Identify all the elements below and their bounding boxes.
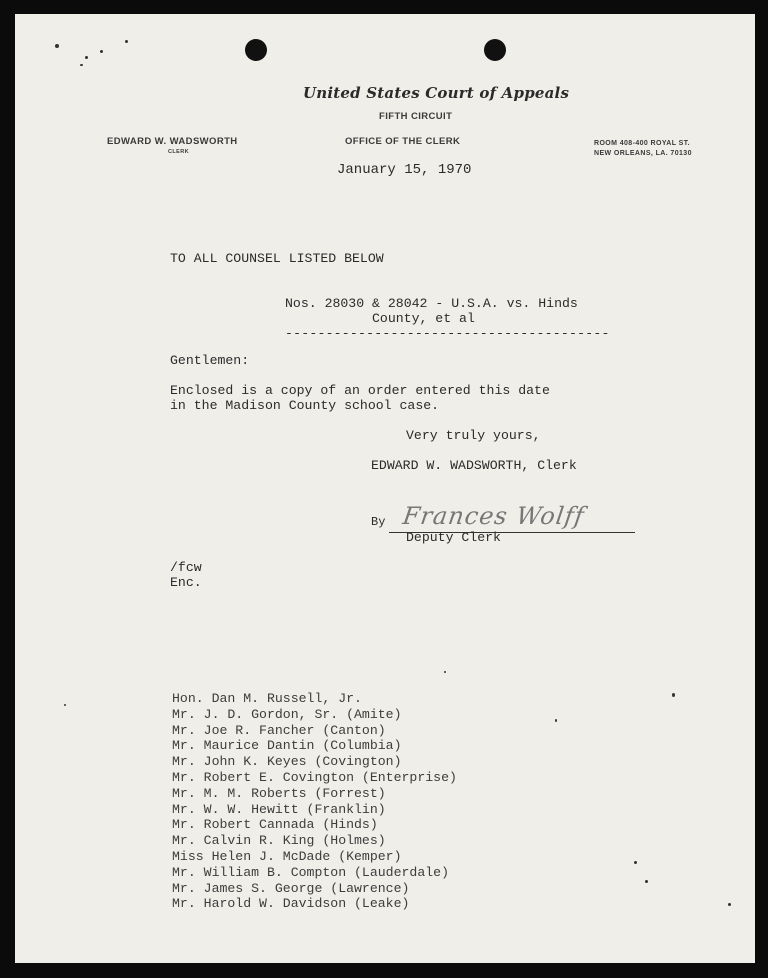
counsel-list-item: Mr. W. W. Hewitt (Franklin) xyxy=(172,802,457,818)
letter-page: United States Court of Appeals FIFTH CIR… xyxy=(15,14,755,963)
ink-speck xyxy=(728,903,731,906)
address-line-2: NEW ORLEANS, LA. 70130 xyxy=(594,150,692,157)
signature-title: Deputy Clerk xyxy=(406,530,501,546)
office-name: OFFICE OF THE CLERK xyxy=(345,136,460,147)
address-line-1: ROOM 408-400 ROYAL ST. xyxy=(594,140,690,147)
ink-speck xyxy=(64,704,66,706)
case-reference-rule: ---------------------------------------- xyxy=(285,326,610,342)
counsel-list-item: Mr. J. D. Gordon, Sr. (Amite) xyxy=(172,707,457,723)
court-name: United States Court of Appeals xyxy=(303,84,569,102)
handwritten-signature: Frances Wolff xyxy=(401,502,586,530)
ink-speck xyxy=(672,693,675,697)
counsel-list-item: Mr. M. M. Roberts (Forrest) xyxy=(172,786,457,802)
by-label: By xyxy=(371,515,385,531)
ink-speck xyxy=(645,880,648,883)
case-reference-line-2: County, et al xyxy=(372,311,475,327)
enclosure-note: Enc. xyxy=(170,575,202,591)
counsel-list-item: Mr. Maurice Dantin (Columbia) xyxy=(172,738,457,754)
ink-speck xyxy=(125,40,128,43)
counsel-list-item: Mr. Calvin R. King (Holmes) xyxy=(172,833,457,849)
clerk-title: CLERK xyxy=(168,149,189,155)
body-line-2: in the Madison County school case. xyxy=(170,398,439,414)
clerk-name: EDWARD W. WADSWORTH xyxy=(107,136,238,147)
case-reference-line-1: Nos. 28030 & 28042 - U.S.A. vs. Hinds xyxy=(285,296,578,312)
signer-name: EDWARD W. WADSWORTH, Clerk xyxy=(371,458,577,474)
ink-speck xyxy=(444,671,446,673)
ink-speck xyxy=(55,44,59,48)
counsel-list-item: Mr. Joe R. Fancher (Canton) xyxy=(172,723,457,739)
letter-date: January 15, 1970 xyxy=(337,163,471,179)
counsel-list-item: Mr. William B. Compton (Lauderdale) xyxy=(172,865,457,881)
punch-hole-left xyxy=(245,39,267,61)
counsel-list-item: Hon. Dan M. Russell, Jr. xyxy=(172,691,457,707)
counsel-list-item: Mr. Robert E. Covington (Enterprise) xyxy=(172,770,457,786)
addressee: TO ALL COUNSEL LISTED BELOW xyxy=(170,251,384,267)
circuit-name: FIFTH CIRCUIT xyxy=(379,111,452,122)
ink-speck xyxy=(85,56,88,59)
ink-speck xyxy=(80,64,83,66)
salutation: Gentlemen: xyxy=(170,353,249,369)
punch-hole-right xyxy=(484,39,506,61)
counsel-list-item: Mr. James S. George (Lawrence) xyxy=(172,881,457,897)
ink-speck xyxy=(100,50,103,53)
body-line-1: Enclosed is a copy of an order entered t… xyxy=(170,383,550,399)
counsel-list: Hon. Dan M. Russell, Jr. Mr. J. D. Gordo… xyxy=(172,691,457,912)
counsel-list-item: Mr. Harold W. Davidson (Leake) xyxy=(172,896,457,912)
ink-speck xyxy=(634,861,637,864)
ink-speck xyxy=(555,719,557,722)
typist-initials: /fcw xyxy=(170,560,202,576)
counsel-list-item: Mr. Robert Cannada (Hinds) xyxy=(172,817,457,833)
closing: Very truly yours, xyxy=(406,428,541,444)
counsel-list-item: Mr. John K. Keyes (Covington) xyxy=(172,754,457,770)
counsel-list-item: Miss Helen J. McDade (Kemper) xyxy=(172,849,457,865)
